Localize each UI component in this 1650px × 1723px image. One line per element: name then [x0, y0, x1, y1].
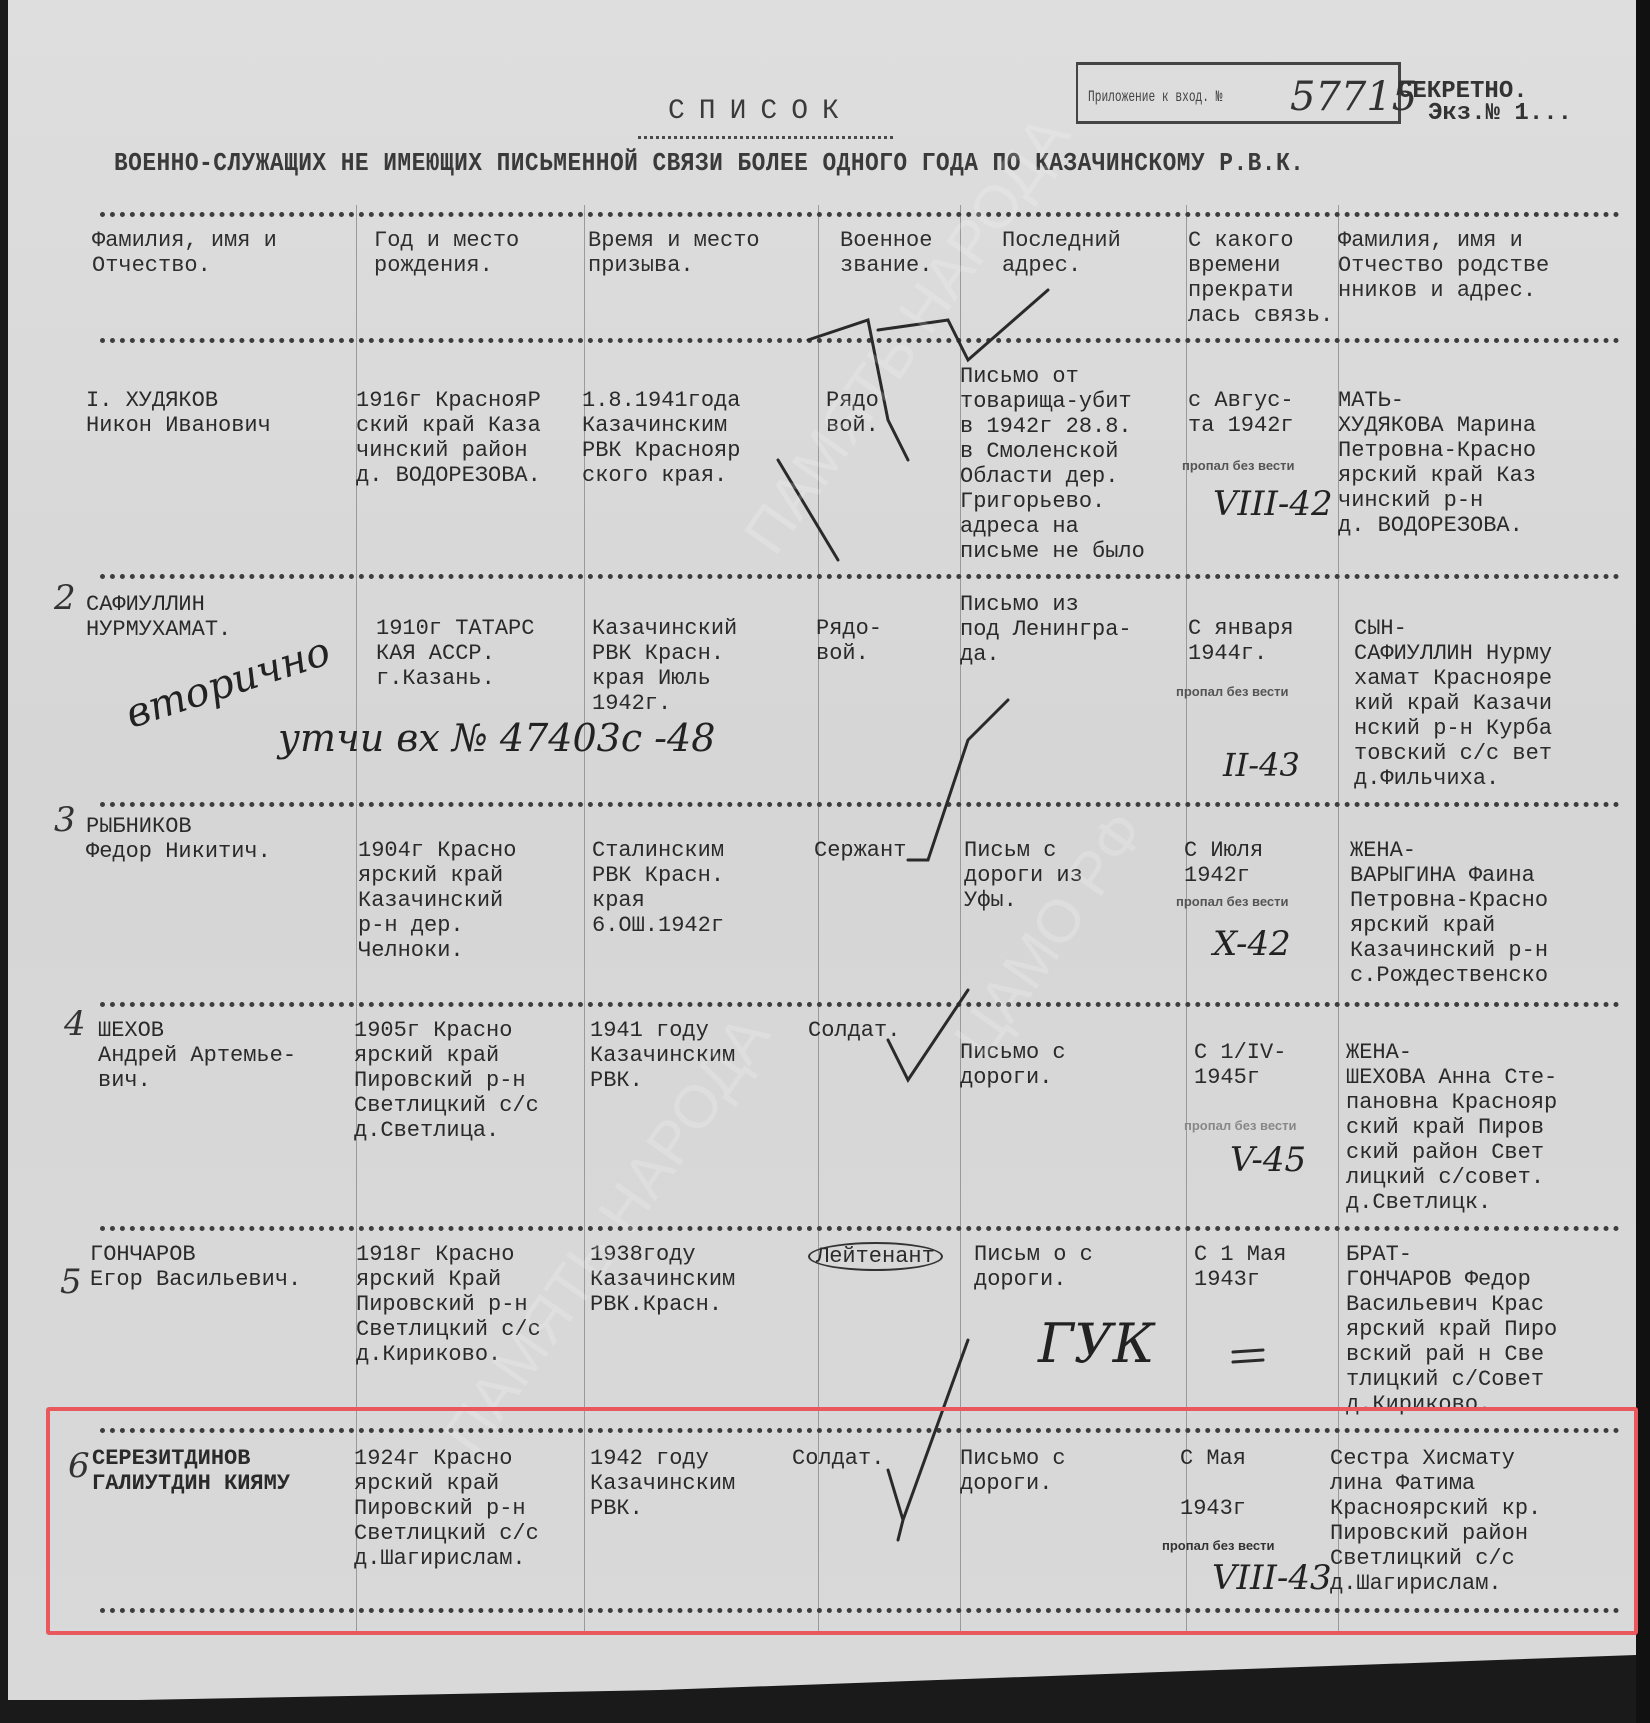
- selection-highlight: [46, 1407, 1638, 1635]
- scan-border: [1636, 0, 1650, 1723]
